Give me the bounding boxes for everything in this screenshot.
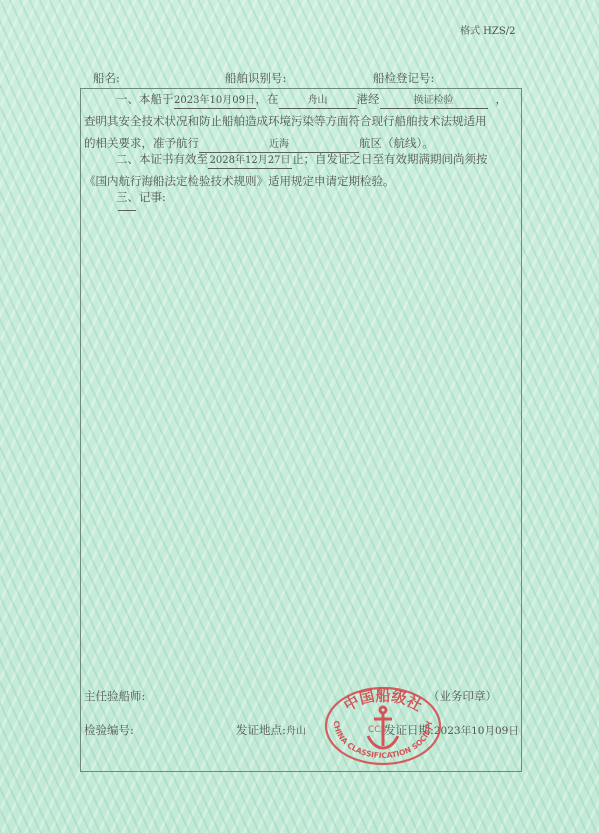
issue-date: 2023年10月09日 xyxy=(434,725,519,737)
section-1: 一、本船于2023年10月09日，在舟山港经换证检验， 查明其安全技术状况和防止… xyxy=(84,88,516,154)
svg-text:中国船级社: 中国船级社 xyxy=(341,687,426,715)
stamp-top-text: 中国船级社 xyxy=(341,687,426,715)
issue-place: 舟山 xyxy=(286,726,306,737)
survey-date: 2023年10月09日 xyxy=(174,94,256,109)
chief-surveyor-label: 主任验船师: xyxy=(84,688,145,704)
format-code: 格式 HZS/2 xyxy=(460,22,515,37)
remarks-dash xyxy=(118,210,136,211)
ship-name-label: 船名: xyxy=(93,70,120,86)
survey-number-label: 检验编号: xyxy=(84,722,134,738)
valid-until-date: 2028年12月27日 xyxy=(208,154,292,169)
stamp-abbr: CCS xyxy=(368,725,387,735)
section-3-label: 三、记事: xyxy=(116,186,166,208)
issue-place-label: 发证地点: xyxy=(236,723,286,737)
survey-type: 换证检验 xyxy=(380,94,488,109)
section-1-via: 港经 xyxy=(357,92,380,106)
registry-number-label: 船检登记号: xyxy=(373,70,434,86)
section-1-line-2: 查明其安全技术状况和防止船舶造成环境污染等方面符合现行船舶技术法规适用 xyxy=(84,110,516,132)
survey-port: 舟山 xyxy=(279,94,357,109)
section-2-prefix: 二、本证书有效至 xyxy=(116,152,208,166)
section-1-in: ，在 xyxy=(256,92,279,106)
ship-id-label: 船舶识别号: xyxy=(225,70,286,86)
section-1-prefix: 一、本船于 xyxy=(116,92,174,106)
section-2-suffix: 止；自发证之日至有效期满期间尚须按 xyxy=(292,152,488,166)
ccs-stamp: 中国船级社 CHINA CLASSIFICATION SOCIETY CCS xyxy=(324,686,442,766)
